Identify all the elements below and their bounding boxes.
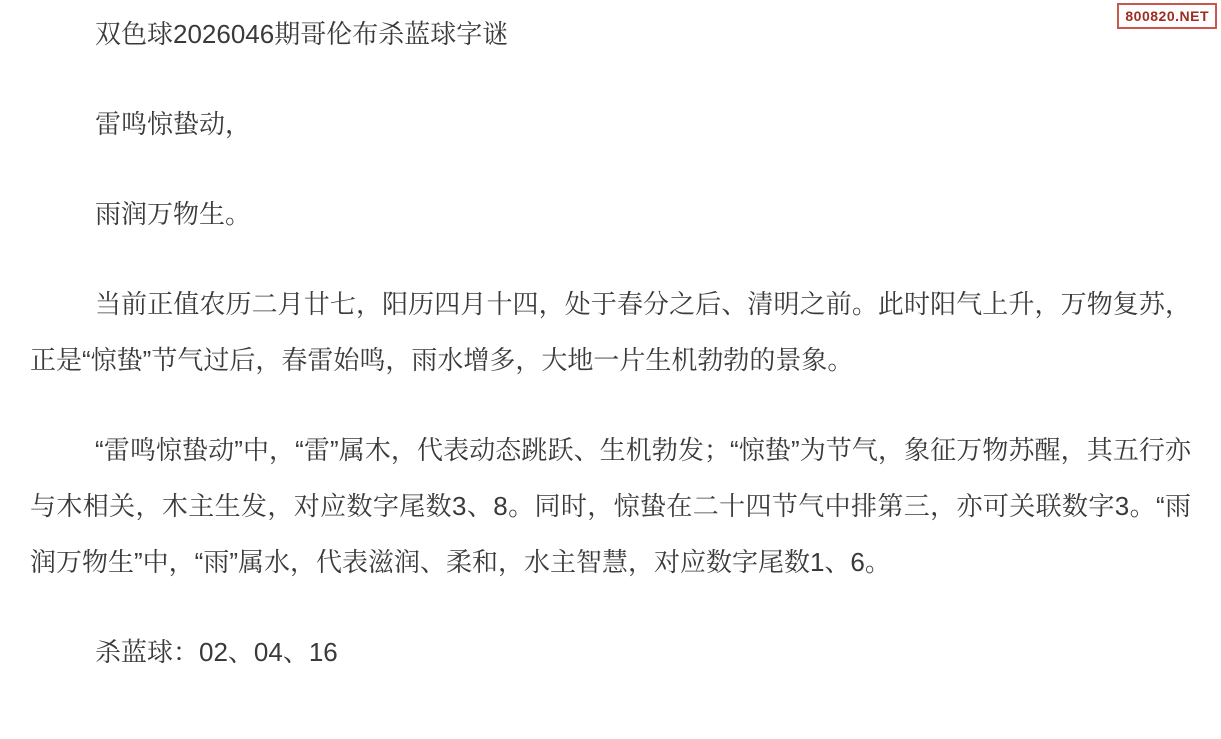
site-watermark-badge: 800820.NET [1117,3,1217,29]
article-title: 双色球2026046期哥伦布杀蓝球字谜 [30,6,1191,62]
poem-line-1: 雷鸣惊蛰动， [30,96,1191,152]
poem-line-2: 雨润万物生。 [30,186,1191,242]
paragraph-season-context: 当前正值农历二月廿七，阳历四月十四，处于春分之后、清明之前。此时阳气上升，万物复… [30,276,1191,388]
article-page: 800820.NET 双色球2026046期哥伦布杀蓝球字谜 雷鸣惊蛰动， 雨润… [0,0,1221,739]
paragraph-number-analysis: “雷鸣惊蛰动”中，“雷”属木，代表动态跳跃、生机勃发；“惊蛰”为节气，象征万物苏… [30,422,1191,590]
kill-blue-result: 杀蓝球：02、04、16 [30,624,1191,680]
article-body: 双色球2026046期哥伦布杀蓝球字谜 雷鸣惊蛰动， 雨润万物生。 当前正值农历… [0,0,1221,680]
